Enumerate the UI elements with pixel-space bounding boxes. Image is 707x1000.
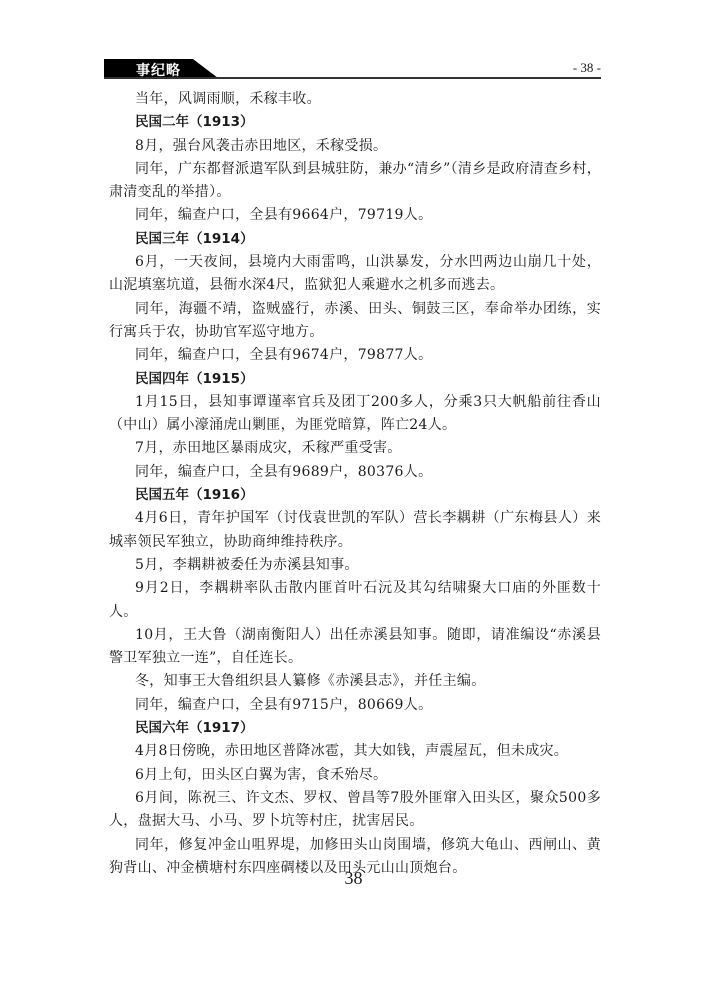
paragraph: 同年，编查户口，全县有9674户，79877人。 <box>109 344 601 367</box>
paragraph: 冬，知事王大鲁组织县人纂修《赤溪县志》，并任主编。 <box>109 670 601 693</box>
paragraph: 5月，李耦耕被委任为赤溪县知事。 <box>109 554 601 577</box>
year-heading: 民国五年（1916） <box>109 484 601 507</box>
header-rule <box>104 77 601 79</box>
paragraph: 当年，风调雨顺，禾稼丰收。 <box>109 88 601 111</box>
paragraph: 6月，一天夜间，县境内大雨雷鸣，山洪暴发，分水凹两边山崩几十处，山泥填塞坑道，县… <box>109 251 601 298</box>
paragraph: 9月2日，李耦耕率队击散内匪首叶石沅及其勾结啸聚大口庙的外匪数十人。 <box>109 577 601 624</box>
paragraph: 8月，强台风袭击赤田地区，禾稼受损。 <box>109 135 601 158</box>
paragraph: 同年，编查户口，全县有9715户，80669人。 <box>109 694 601 717</box>
year-heading: 民国六年（1917） <box>109 717 601 740</box>
paragraph: 6月间，陈祝三、许文杰、罗权、曾昌等7股外匪窜入田头区，聚众500多人，盘据大马… <box>109 787 601 834</box>
paragraph: 同年，广东都督派遣军队到县城驻防，兼办“清乡”（清乡是政府清查乡村，肃清变乱的举… <box>109 158 601 205</box>
paragraph: 7月，赤田地区暴雨成灾，禾稼严重受害。 <box>109 437 601 460</box>
paragraph: 同年，海疆不靖，盗贼盛行，赤溪、田头、铜鼓三区，奉命举办团练，实行寓兵于农，协助… <box>109 298 601 345</box>
paragraph: 1月15日，县知事谭谨率官兵及团丁200多人，分乘3只大帆船前往香山（中山）属小… <box>109 391 601 438</box>
paragraph: 同年，编查户口，全县有9689户，80376人。 <box>109 461 601 484</box>
paragraph: 4月6日，青年护国军（讨伐袁世凯的军队）营长李耦耕（广东梅县人）来城率领民军独立… <box>109 507 601 554</box>
year-heading: 民国二年（1913） <box>109 111 601 134</box>
paragraph: 4月8日傍晚，赤田地区普降冰雹，其大如钱，声震屋瓦，但未成灾。 <box>109 740 601 763</box>
footer-page-number: 38 <box>0 868 707 889</box>
running-header: 事纪略 - 38 - <box>104 59 601 79</box>
year-heading: 民国四年（1915） <box>109 368 601 391</box>
header-page-number: - 38 - <box>573 60 601 76</box>
paragraph: 10月，王大鲁（湖南衡阳人）出任赤溪县知事。随即，请准编设“赤溪县警卫军独立一连… <box>109 624 601 671</box>
page-body: 当年，风调雨顺，禾稼丰收。 民国二年（1913） 8月，强台风袭击赤田地区，禾稼… <box>109 88 601 880</box>
paragraph: 同年，编查户口，全县有9664户，79719人。 <box>109 204 601 227</box>
paragraph: 6月上旬，田头区白翼为害，食禾殆尽。 <box>109 764 601 787</box>
year-heading: 民国三年（1914） <box>109 228 601 251</box>
